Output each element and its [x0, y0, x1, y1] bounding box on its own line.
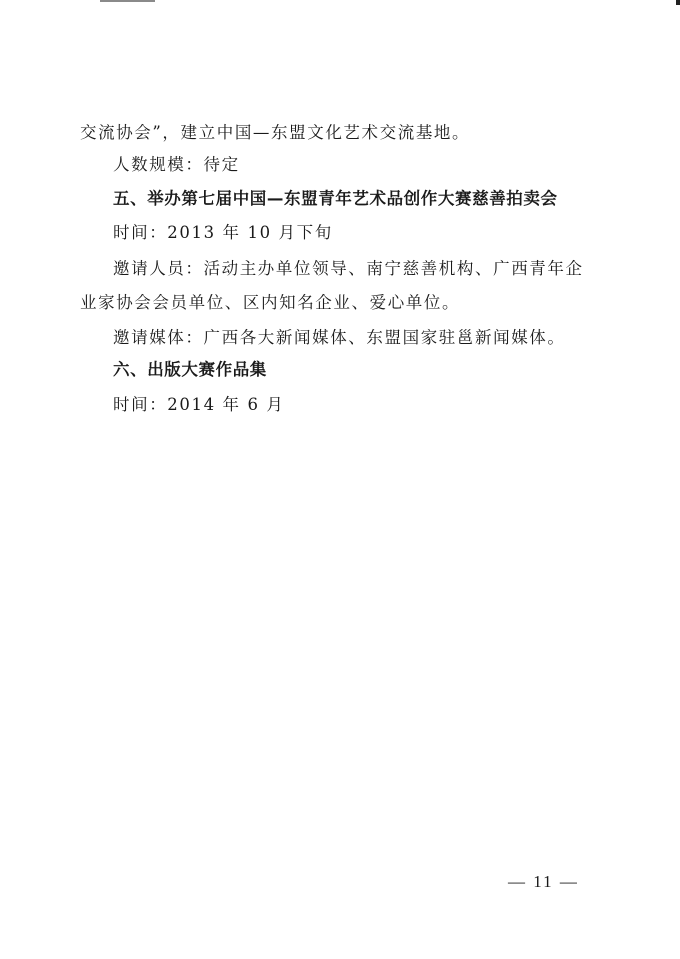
- section-6-time: 时间：2014 年 6 月: [113, 395, 628, 415]
- section-5-invitees-cont: 业家协会会员单位、区内知名企业、爱心单位。: [80, 293, 595, 313]
- scan-corner-mark: [676, 0, 680, 5]
- headcount-line: 人数规模：待定: [113, 155, 628, 175]
- paragraph-continuation: 交流协会”，建立中国—东盟文化艺术交流基地。: [80, 123, 595, 143]
- section-6-heading: 六、出版大赛作品集: [113, 360, 628, 380]
- section-5-invitees: 邀请人员：活动主办单位领导、南宁慈善机构、广西青年企: [113, 259, 628, 279]
- section-5-time: 时间：2013 年 10 月下旬: [113, 223, 628, 243]
- section-5-media: 邀请媒体：广西各大新闻媒体、东盟国家驻邕新闻媒体。: [113, 328, 628, 348]
- section-5-heading: 五、举办第七届中国—东盟青年艺术品创作大赛慈善拍卖会: [113, 189, 628, 209]
- page-number: — 11 —: [508, 872, 579, 892]
- scan-edge-mark: [100, 0, 155, 2]
